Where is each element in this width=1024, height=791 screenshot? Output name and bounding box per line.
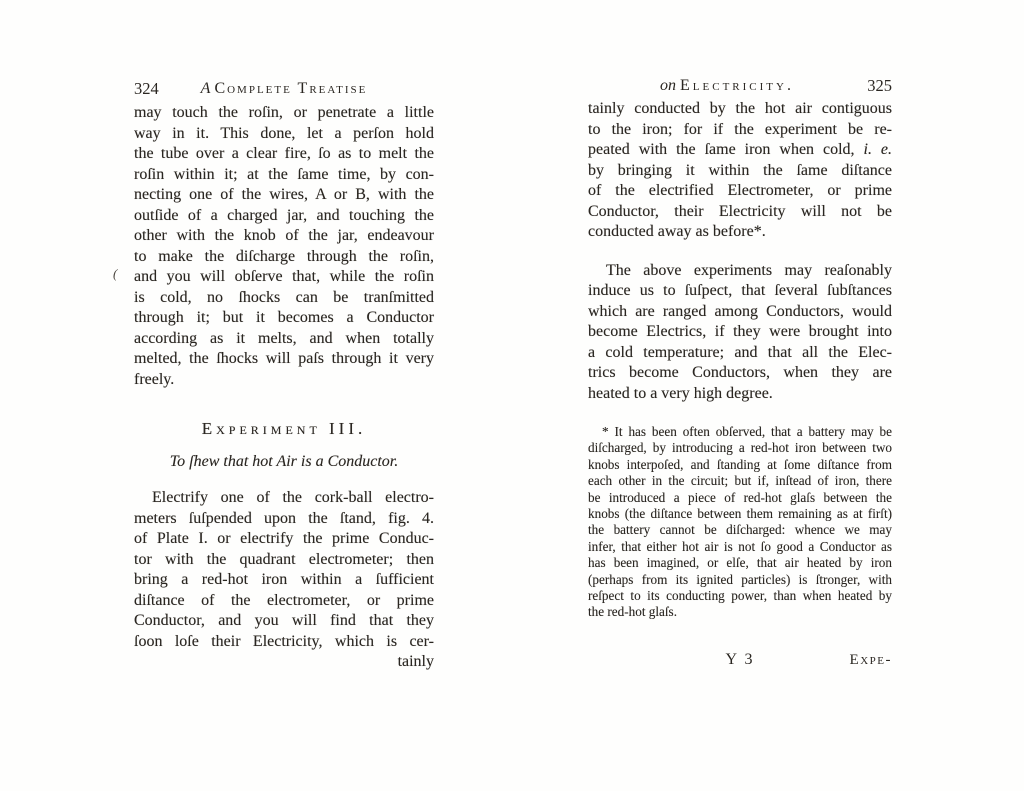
footnote: * It has been often obſerved, that a bat… xyxy=(588,424,892,621)
text-line: diſtance of the electrometer, or prime xyxy=(134,591,434,612)
text-line: through it; but it becomes a Conductor xyxy=(134,308,434,329)
left-paragraph-2: Electrify one of the cork-ball electro-m… xyxy=(134,488,434,673)
text-line: the tube over a clear fire, ſo as to mel… xyxy=(134,144,434,165)
running-title-text: Electricity. xyxy=(680,77,794,94)
text-line: peated with the ſame iron when cold, i. … xyxy=(588,140,892,161)
footnote-line: has been imagined, or elſe, that air hea… xyxy=(588,555,892,571)
footnote-line: each other in the circuit; but if, inſte… xyxy=(588,473,892,489)
right-page-number: 325 xyxy=(867,77,892,95)
text-line: way in it. This done, let a perſon hold xyxy=(134,124,434,145)
left-running-head: 324 A Complete Treatise xyxy=(134,80,434,98)
left-running-title: A Complete Treatise xyxy=(134,80,434,98)
text-line: outſide of a charged jar, and touching t… xyxy=(134,206,434,227)
margin-mark: ( xyxy=(113,266,117,282)
footnote-line: diſcharged, by introducing a red-hot iro… xyxy=(588,440,892,456)
text-line: which are ranged among Conductors, would xyxy=(588,302,892,323)
text-line: ſoon loſe their Electricity, which is ce… xyxy=(134,632,434,653)
text-line: to the iron; for if the experiment be re… xyxy=(588,120,892,141)
text-line: to make the diſcharge through the roſin, xyxy=(134,247,434,268)
left-paragraph-1: may touch the roſin, or penetrate a litt… xyxy=(134,103,434,390)
text-line: become Electrics, if they were brought i… xyxy=(588,322,892,343)
text-line: tor with the quadrant electrometer; then xyxy=(134,550,434,571)
text-line: a cold temperature; and that all the Ele… xyxy=(588,343,892,364)
right-page-footer: Y 3 Expe- xyxy=(588,650,892,670)
text-line: Conductor, and you will find that they xyxy=(134,611,434,632)
text-line: induce us to ſuſpect, that ſeveral ſubſt… xyxy=(588,281,892,302)
text-line: and you will obſerve that, while the roſ… xyxy=(134,267,434,288)
text-line: according as it melts, and when totally xyxy=(134,329,434,350)
text-line: tainly conducted by the hot air contiguo… xyxy=(588,99,892,120)
signature-mark: Y 3 xyxy=(588,650,892,670)
text-line: is cold, no ſhocks can be tranſmitted xyxy=(134,288,434,309)
text-line: trics become Conductors, when they are xyxy=(588,363,892,384)
footnote-line: the red-hot glaſs. xyxy=(588,604,892,620)
right-paragraph-2: The above experiments may reaſonablyindu… xyxy=(588,261,892,405)
text-line: may touch the roſin, or penetrate a litt… xyxy=(134,103,434,124)
footnote-line: reſpect to its conducting power, than wh… xyxy=(588,588,892,604)
experiment-subtitle: To ſhew that hot Air is a Conductor. xyxy=(134,452,434,472)
text-line: freely. xyxy=(134,370,434,391)
footnote-line: the battery cannot be diſcharged: whence… xyxy=(588,522,892,538)
right-page: on Electricity. 325 tainly conducted by … xyxy=(588,77,892,670)
running-title-prefix: on xyxy=(660,77,676,94)
text-line: roſin within it; at the ſame time, by co… xyxy=(134,165,434,186)
text-line: meters ſuſpended upon the ſtand, fig. 4. xyxy=(134,509,434,530)
text-line: other with the knob of the jar, endeavou… xyxy=(134,226,434,247)
footnote-line: * It has been often obſerved, that a bat… xyxy=(588,424,892,440)
experiment-heading: Experiment III. xyxy=(134,419,434,439)
text-line: conducted away as before*. xyxy=(588,222,892,243)
footnote-line: knobs interpoſed, and ſtanding at ſome d… xyxy=(588,457,892,473)
footnote-line: (perhaps from its ignited particles) is … xyxy=(588,572,892,588)
right-running-title: on Electricity. xyxy=(588,77,866,95)
footnote-line: infer, that either hot air is not ſo goo… xyxy=(588,539,892,555)
left-page: 324 A Complete Treatise ( may touch the … xyxy=(134,80,434,673)
right-running-head: on Electricity. 325 xyxy=(588,77,892,95)
right-paragraph-1: tainly conducted by the hot air contiguo… xyxy=(588,99,892,243)
text-line: heated to a very high degree. xyxy=(588,384,892,405)
text-line: of Plate I. or electrify the prime Condu… xyxy=(134,529,434,550)
text-line: melted, the ſhocks will paſs through it … xyxy=(134,349,434,370)
text-line: Electrify one of the cork-ball electro- xyxy=(134,488,434,509)
text-line: bring a red-hot iron within a ſufficient xyxy=(134,570,434,591)
text-line: tainly xyxy=(134,652,434,673)
catchword: Expe- xyxy=(850,650,892,670)
footnote-line: be introduced a piece of red-hot glaſs b… xyxy=(588,490,892,506)
text-line: necting one of the wires, A or B, with t… xyxy=(134,185,434,206)
running-title-text: Complete Treatise xyxy=(214,80,367,97)
text-line: by bringing it within the ſame diſtance xyxy=(588,161,892,182)
text-line: The above experiments may reaſonably xyxy=(588,261,892,282)
text-line: of the electrified Electrometer, or prim… xyxy=(588,181,892,202)
running-title-prefix: A xyxy=(201,80,211,97)
footnote-line: knobs (the diſtance between them remaini… xyxy=(588,506,892,522)
text-line: Conductor, their Electricity will not be xyxy=(588,202,892,223)
